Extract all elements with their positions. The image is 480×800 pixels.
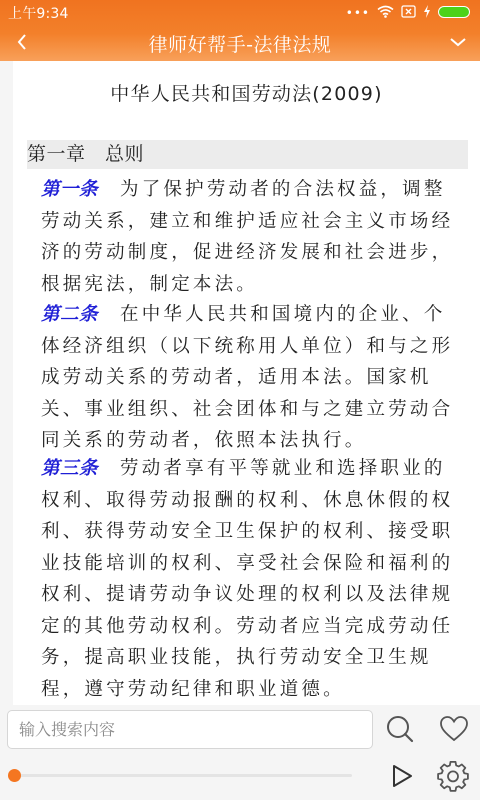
- wifi-icon: [377, 5, 394, 18]
- document-title: 中华人民共和国劳动法(2009): [13, 79, 480, 106]
- status-bar: 上午9:34 •••: [0, 0, 480, 24]
- article-3: 第三条劳动者享有平等就业和选择职业的权利、取得劳动报酬的权利、休息休假的权利、获…: [41, 453, 466, 705]
- article-number: 第二条: [41, 304, 98, 325]
- more-dots-icon: •••: [346, 8, 370, 18]
- bottom-toolbar: [0, 705, 480, 800]
- search-button[interactable]: [384, 713, 416, 745]
- charging-icon: [423, 5, 431, 18]
- top-bar: 上午9:34 ••• 律师好帮手-法律法规: [0, 0, 480, 61]
- app-title: 律师好帮手-法律法规: [0, 30, 480, 57]
- gear-icon: [437, 761, 469, 793]
- article-2: 第二条在中华人民共和国境内的企业、个体经济组织（以下统称用人单位）和与之形成劳动…: [41, 299, 466, 457]
- battery-icon: [438, 6, 470, 18]
- heart-icon: [438, 713, 470, 745]
- progress-slider[interactable]: [8, 767, 353, 783]
- menu-dropdown-button[interactable]: [446, 28, 470, 56]
- play-button[interactable]: [388, 762, 416, 790]
- article-text: 在中华人民共和国境内的企业、个体经济组织（以下统称用人单位）和与之形成劳动关系的…: [41, 304, 453, 451]
- article-1: 第一条为了保护劳动者的合法权益，调整劳动关系，建立和维护适应社会主义市场经济的劳…: [41, 174, 466, 300]
- article-number: 第三条: [41, 458, 98, 479]
- sim-blocked-icon: [401, 5, 416, 18]
- search-icon: [384, 713, 416, 745]
- app-bar: 律师好帮手-法律法规: [0, 24, 480, 61]
- chevron-down-icon: [449, 36, 467, 48]
- article-text: 劳动者享有平等就业和选择职业的权利、取得劳动报酬的权利、休息休假的权利、获得劳动…: [41, 458, 453, 700]
- search-input[interactable]: [7, 710, 373, 749]
- article-number: 第一条: [41, 179, 98, 200]
- favorite-button[interactable]: [438, 713, 470, 745]
- play-icon: [388, 762, 416, 790]
- slider-thumb[interactable]: [8, 769, 21, 782]
- status-time: 上午9:34: [8, 3, 69, 23]
- status-icons: •••: [346, 5, 470, 18]
- settings-button[interactable]: [437, 761, 469, 793]
- slider-track: [12, 774, 352, 777]
- article-text: 为了保护劳动者的合法权益，调整劳动关系，建立和维护适应社会主义市场经济的劳动制度…: [41, 179, 453, 295]
- document-content[interactable]: 中华人民共和国劳动法(2009) 第一章 总则 第一条为了保护劳动者的合法权益，…: [13, 61, 480, 705]
- chapter-heading: 第一章 总则: [27, 140, 468, 169]
